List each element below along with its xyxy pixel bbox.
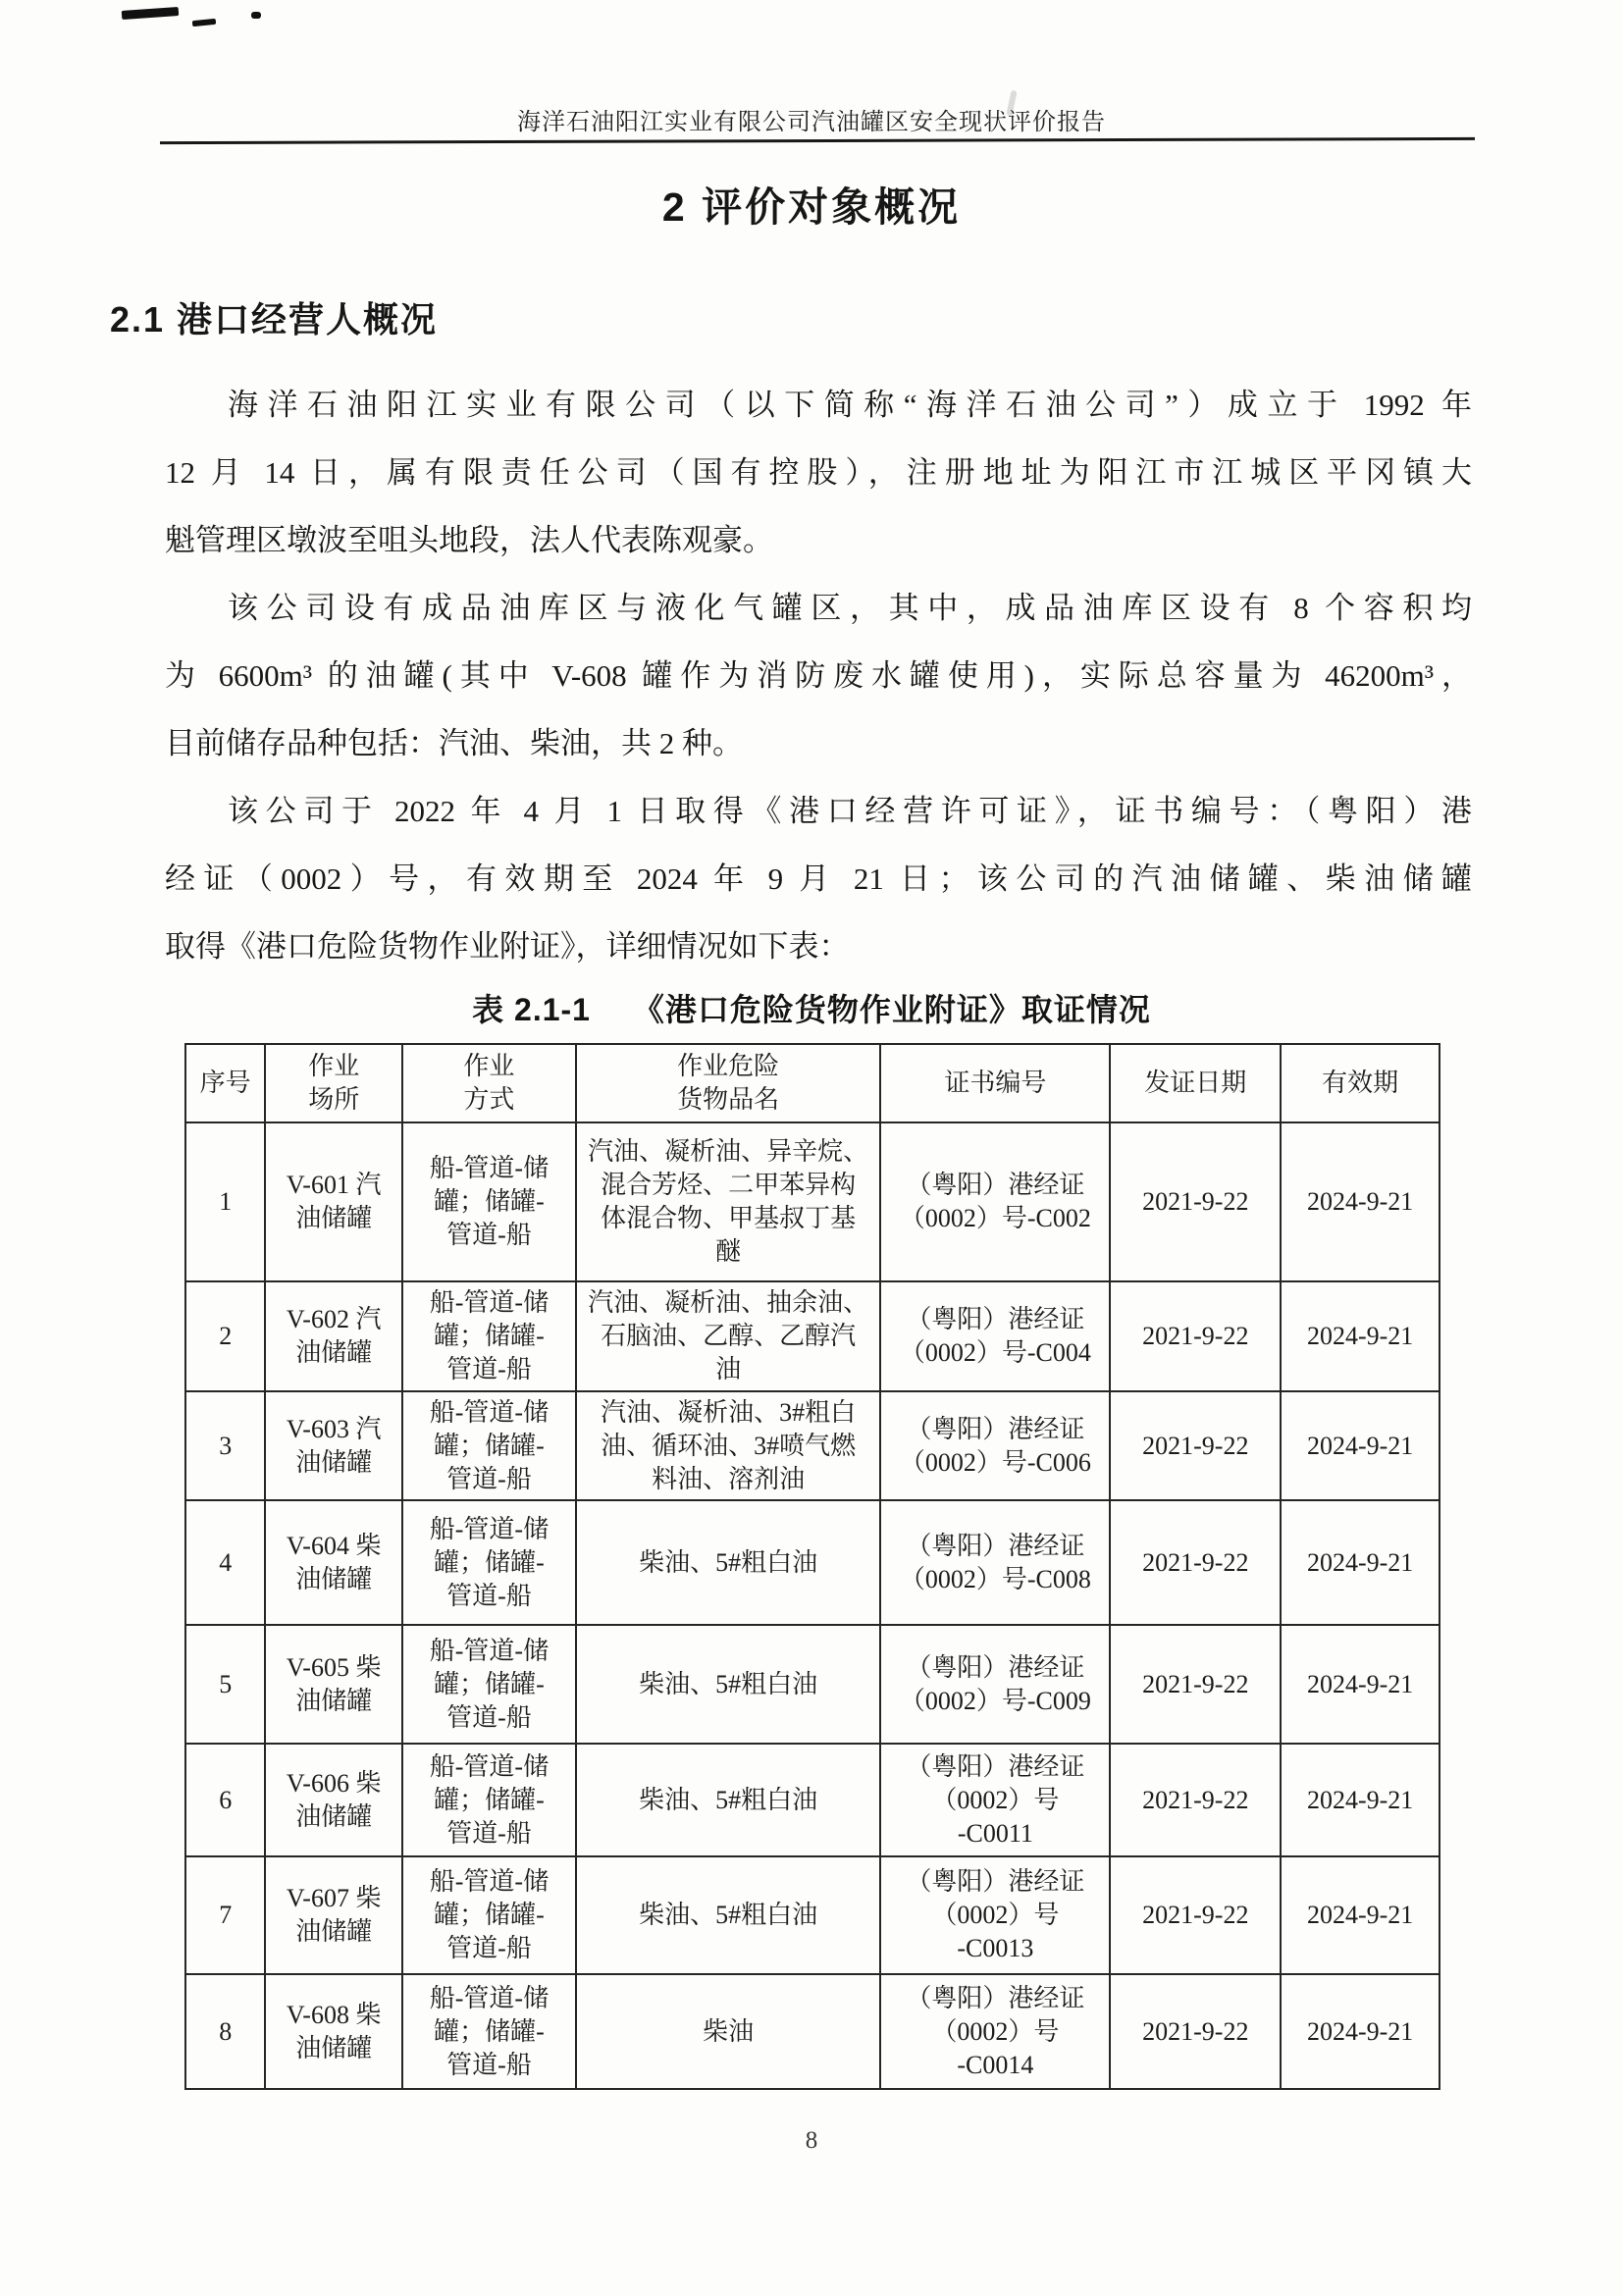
paragraph-line: 经证（0002）号，有效期至 2024 年 9 月 21 日；该公司的汽油储罐、… [165,845,1472,913]
cell-cert: （粤阳）港经证 （0002）号-C002 [880,1122,1110,1281]
cell-no: 7 [185,1856,265,1974]
cell-place: V-604 柴 油储罐 [265,1500,402,1625]
header-cell-valid: 有效期 [1281,1044,1440,1122]
cell-no: 3 [185,1391,265,1500]
cell-issue: 2021-9-22 [1110,1625,1281,1744]
cell-mode: 船-管道-储 罐；储罐- 管道-船 [402,1122,576,1281]
cell-goods: 柴油、5#粗白油 [576,1500,880,1625]
table-row: 5 V-605 柴 油储罐 船-管道-储 罐；储罐- 管道-船 柴油、5#粗白油… [185,1625,1440,1744]
cell-issue: 2021-9-22 [1110,1744,1281,1856]
cell-cert: （粤阳）港经证 （0002）号-C009 [880,1625,1110,1744]
cell-goods: 汽油、凝析油、异辛烷、 混合芳烃、二甲苯异构 体混合物、甲基叔丁基 醚 [576,1122,880,1281]
paragraph-line: 取得《港口危险货物作业附证》，详细情况如下表： [165,913,1472,980]
header-cell-mode: 作业 方式 [402,1044,576,1122]
cell-valid: 2024-9-21 [1281,1856,1440,1974]
cell-place: V-608 柴 油储罐 [265,1974,402,2089]
cell-cert: （粤阳）港经证 （0002）号 -C0014 [880,1974,1110,2089]
cell-no: 6 [185,1744,265,1856]
table-row: 2 V-602 汽 油储罐 船-管道-储 罐；储罐- 管道-船 汽油、凝析油、抽… [185,1281,1440,1391]
cell-no: 1 [185,1122,265,1281]
cell-goods: 柴油、5#粗白油 [576,1744,880,1856]
running-header: 海洋石油阳江实业有限公司汽油罐区安全现状评价报告 [0,102,1623,136]
cell-cert: （粤阳）港经证 （0002）号-C008 [880,1500,1110,1625]
paragraph-line: 为 6600m³ 的油罐(其中 V-608 罐作为消防废水罐使用)，实际总容量为… [165,642,1472,709]
cell-valid: 2024-9-21 [1281,1281,1440,1391]
cell-cert: （粤阳）港经证 （0002）号 -C0011 [880,1744,1110,1856]
document-page: 海洋石油阳江实业有限公司汽油罐区安全现状评价报告 2 评价对象概况 2.1 港口… [0,0,1623,2296]
table-caption: 表 2.1-1 《港口危险货物作业附证》取证情况 [0,985,1623,1030]
table-row: 1 V-601 汽 油储罐 船-管道-储 罐；储罐- 管道-船 汽油、凝析油、异… [185,1122,1440,1281]
paragraph-line: 该公司设有成品油库区与液化气罐区，其中，成品油库区设有 8 个容积均 [165,574,1472,642]
header-rule [160,137,1475,144]
cell-cert: （粤阳）港经证 （0002）号 -C0013 [880,1856,1110,1974]
scan-artifact [251,12,261,19]
cell-mode: 船-管道-储 罐；储罐- 管道-船 [402,1974,576,2089]
paragraph-line: 目前储存品种包括：汽油、柴油，共 2 种。 [165,709,1472,777]
table-row: 7 V-607 柴 油储罐 船-管道-储 罐；储罐- 管道-船 柴油、5#粗白油… [185,1856,1440,1974]
table-row: 3 V-603 汽 油储罐 船-管道-储 罐；储罐- 管道-船 汽油、凝析油、3… [185,1391,1440,1500]
cell-no: 5 [185,1625,265,1744]
cell-mode: 船-管道-储 罐；储罐- 管道-船 [402,1744,576,1856]
scan-artifact [192,19,216,26]
cell-mode: 船-管道-储 罐；储罐- 管道-船 [402,1500,576,1625]
cell-place: V-607 柴 油储罐 [265,1856,402,1974]
chapter-title: 2 评价对象概况 [0,175,1623,233]
cell-mode: 船-管道-储 罐；储罐- 管道-船 [402,1856,576,1974]
cell-issue: 2021-9-22 [1110,1391,1281,1500]
table-header-row: 序号 作业 场所 作业 方式 作业危险 货物品名 证书编号 发证日期 有效期 [185,1044,1440,1122]
table-row: 8 V-608 柴 油储罐 船-管道-储 罐；储罐- 管道-船 柴油 （粤阳）港… [185,1974,1440,2089]
header-cell-cert: 证书编号 [880,1044,1110,1122]
cell-issue: 2021-9-22 [1110,1122,1281,1281]
header-cell-place: 作业 场所 [265,1044,402,1122]
cell-place: V-601 汽 油储罐 [265,1122,402,1281]
cell-goods: 柴油、5#粗白油 [576,1856,880,1974]
header-cell-no: 序号 [185,1044,265,1122]
cell-valid: 2024-9-21 [1281,1391,1440,1500]
paragraph-line: 海洋石油阳江实业有限公司（以下简称“海洋石油公司”）成立于 1992 年 [165,371,1472,439]
cell-mode: 船-管道-储 罐；储罐- 管道-船 [402,1281,576,1391]
cell-cert: （粤阳）港经证 （0002）号-C006 [880,1391,1110,1500]
cell-place: V-605 柴 油储罐 [265,1625,402,1744]
cell-valid: 2024-9-21 [1281,1625,1440,1744]
cell-valid: 2024-9-21 [1281,1744,1440,1856]
cell-valid: 2024-9-21 [1281,1974,1440,2089]
scan-artifact [122,7,179,20]
cell-goods: 柴油、5#粗白油 [576,1625,880,1744]
certificates-table: 序号 作业 场所 作业 方式 作业危险 货物品名 证书编号 发证日期 有效期 1… [184,1043,1440,2090]
page-number: 8 [0,2127,1623,2155]
paragraph-line: 魁管理区墩波至咀头地段，法人代表陈观豪。 [165,506,1472,574]
paragraph-line: 12 月 14 日，属有限责任公司（国有控股），注册地址为阳江市江城区平冈镇大 [165,439,1472,506]
cell-issue: 2021-9-22 [1110,1856,1281,1974]
cell-issue: 2021-9-22 [1110,1281,1281,1391]
cell-no: 2 [185,1281,265,1391]
paragraph-line: 该公司于 2022 年 4 月 1 日取得《港口经营许可证》，证书编号：（粤阳）… [165,777,1472,845]
header-cell-goods: 作业危险 货物品名 [576,1044,880,1122]
cell-no: 4 [185,1500,265,1625]
cell-mode: 船-管道-储 罐；储罐- 管道-船 [402,1625,576,1744]
header-cell-issue: 发证日期 [1110,1044,1281,1122]
cell-place: V-606 柴 油储罐 [265,1744,402,1856]
table-row: 4 V-604 柴 油储罐 船-管道-储 罐；储罐- 管道-船 柴油、5#粗白油… [185,1500,1440,1625]
cell-mode: 船-管道-储 罐；储罐- 管道-船 [402,1391,576,1500]
cell-cert: （粤阳）港经证 （0002）号-C004 [880,1281,1110,1391]
body-text: 海洋石油阳江实业有限公司（以下简称“海洋石油公司”）成立于 1992 年 12 … [165,371,1472,980]
section-title: 2.1 港口经营人概况 [110,292,438,342]
cell-no: 8 [185,1974,265,2089]
cell-goods: 汽油、凝析油、3#粗白 油、循环油、3#喷气燃 料油、溶剂油 [576,1391,880,1500]
cell-valid: 2024-9-21 [1281,1500,1440,1625]
cell-issue: 2021-9-22 [1110,1500,1281,1625]
cell-valid: 2024-9-21 [1281,1122,1440,1281]
cell-goods: 汽油、凝析油、抽余油、 石脑油、乙醇、乙醇汽 油 [576,1281,880,1391]
cell-place: V-602 汽 油储罐 [265,1281,402,1391]
cell-place: V-603 汽 油储罐 [265,1391,402,1500]
table-row: 6 V-606 柴 油储罐 船-管道-储 罐；储罐- 管道-船 柴油、5#粗白油… [185,1744,1440,1856]
cell-issue: 2021-9-22 [1110,1974,1281,2089]
cell-goods: 柴油 [576,1974,880,2089]
